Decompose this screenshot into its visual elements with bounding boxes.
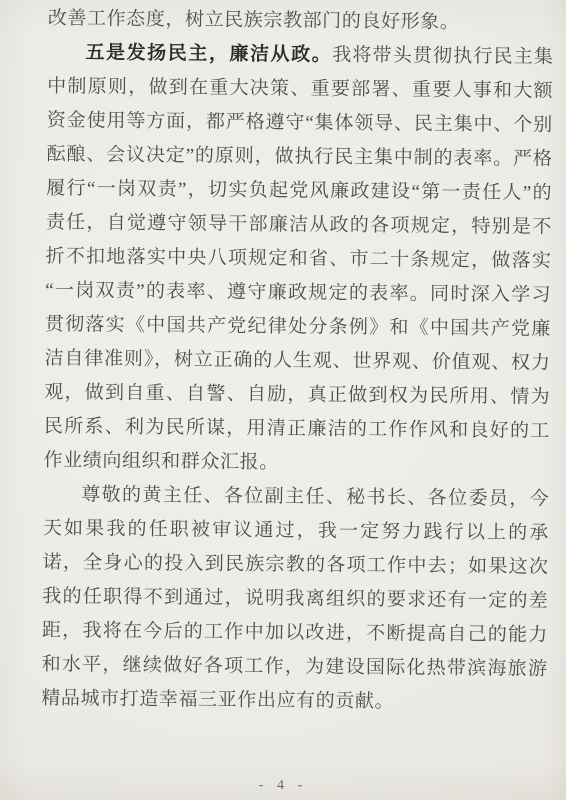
paragraph-body-text: 我将带头贯彻执行民主集中制原则，做到在重大决策、重要部署、重要人事和大额资金使用… [43, 45, 553, 474]
document-text: 改善工作态度，树立民族宗教部门的良好形象。 五是发扬民主，廉洁从政。我将带头贯彻… [41, 2, 554, 721]
page-number: - 4 - [0, 776, 566, 796]
paragraph-closing-address: 尊敬的黄主任、各位副主任、秘书长、各位委员，今天如果我的任职被审议通过，我一定努… [41, 478, 549, 721]
paragraph-integrity-commitment: 五是发扬民主，廉洁从政。我将带头贯彻执行民主集中制原则，做到在重大决策、重要部署… [43, 36, 553, 483]
paragraph-continuation: 改善工作态度，树立民族宗教部门的良好形象。 [48, 2, 554, 41]
paragraph-bold-lead: 五是发扬民主，廉洁从政。 [85, 42, 332, 65]
scanned-document-page: 改善工作态度，树立民族宗教部门的良好形象。 五是发扬民主，廉洁从政。我将带头贯彻… [0, 0, 566, 800]
